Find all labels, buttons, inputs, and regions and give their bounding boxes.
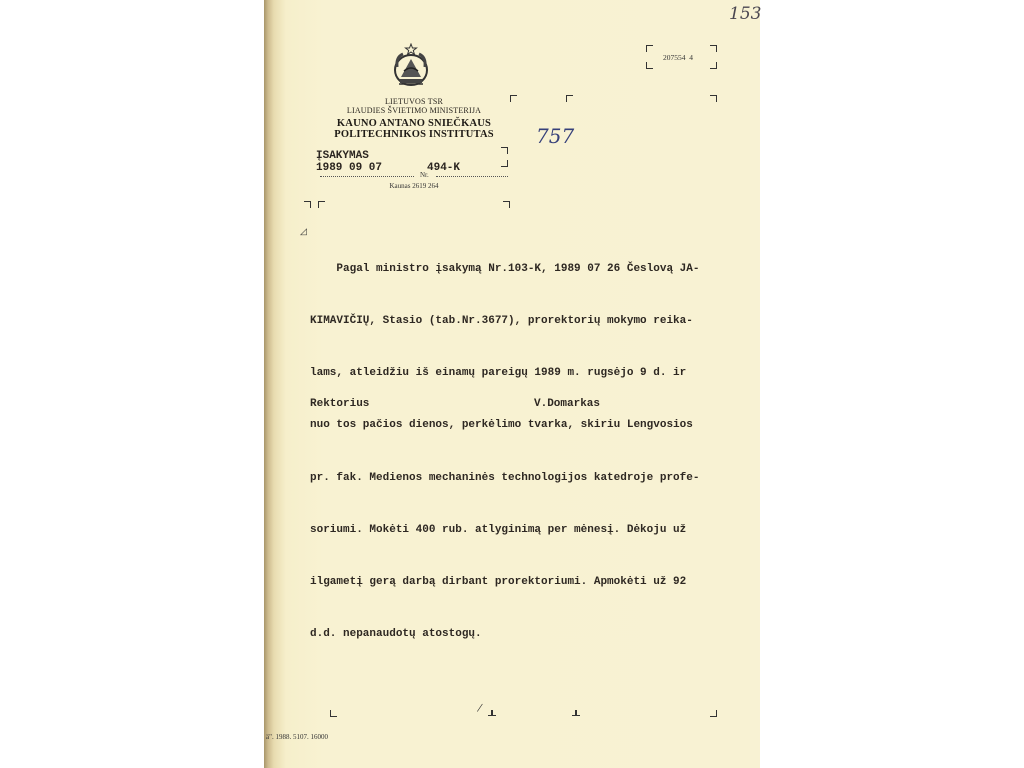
corner-mark [646,45,653,52]
body-line: Pagal ministro įsakymą Nr.103-K, 1989 07… [310,261,699,278]
place-code: Kaunas 2619 264 [364,182,464,190]
corner-mark [566,95,573,102]
handwritten-mark: / [476,700,484,716]
corner-mark [710,95,717,102]
tee-mark [572,710,580,716]
corner-mark [304,201,311,208]
tee-mark [488,710,496,716]
date-dotted-line [320,176,414,177]
form-code: 207554 4 [663,53,693,62]
corner-mark [710,62,717,69]
number-dotted-line [436,176,508,177]
ministry-name: LIAUDIES ŠVIETIMO MINISTERIJA [304,106,524,116]
order-type: ĮSAKYMAS [316,150,369,162]
signatory-name: V.Domarkas [534,396,600,413]
body-line: pr. fak. Medienos mechaninės technologij… [310,470,699,487]
corner-mark [501,147,508,154]
corner-mark [501,160,508,167]
nr-label: Nr. [420,171,429,179]
corner-mark [710,710,717,717]
corner-mark [510,95,517,102]
order-date: 1989 09 07 [316,162,382,174]
body-line: nuo tos pačios dienos, perkėlimo tvarka,… [310,417,699,434]
margin-mark: ◿ [300,226,307,237]
coat-of-arms-emblem-icon [391,43,431,89]
body-line: soriumi. Mokėti 400 rub. atlyginimą per … [310,522,699,539]
corner-mark [646,62,653,69]
body-line: ilgametį gerą darbą dirbant prorektorium… [310,574,699,591]
body-line: lams, atleidžiu iš einamų pareigų 1989 m… [310,365,699,382]
order-body: Pagal ministro įsakymą Nr.103-K, 1989 07… [310,226,699,679]
body-line: KIMAVIČIŲ, Stasio (tab.Nr.3677), prorekt… [310,313,699,330]
institution-name-line2: POLITECHNIKOS INSTITUTAS [304,129,524,141]
order-number: 494-K [427,162,460,174]
corner-mark [318,201,325,208]
corner-mark [330,710,337,717]
handwritten-registration-number: 757 [536,124,574,148]
corner-mark [710,45,717,52]
handwritten-page-number: 153 [729,4,761,24]
corner-mark [503,201,510,208]
signatory-title: Rektorius [310,396,369,413]
body-line: d.d. nepanaudotų atostogų. [310,626,699,643]
document-page: 153 LIETUVOS TSR LIAUDIES ŠVIETIMO MINIS… [264,0,760,768]
print-info: ä". 1988. 5107. 16000 [266,733,328,741]
